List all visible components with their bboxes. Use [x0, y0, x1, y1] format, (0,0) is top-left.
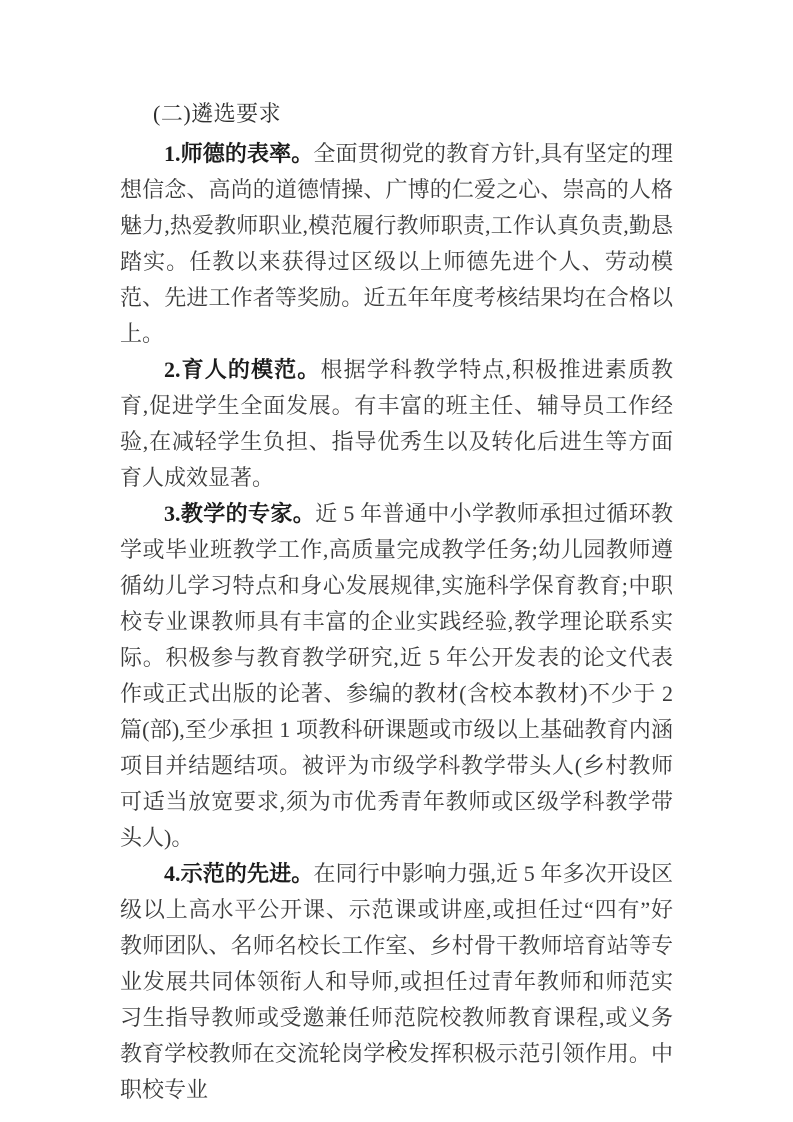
paragraph-4-body: 在同行中影响力强,近 5 年多次开设区级以上高水平公开课、示范课或讲座,或担任过… — [120, 861, 673, 1102]
paragraph-demonstration-advanced: 4.示范的先进。在同行中影响力强,近 5 年多次开设区级以上高水平公开课、示范课… — [120, 856, 673, 1108]
document-content: (二)遴选要求 1.师德的表率。全面贯彻党的教育方针,具有坚定的理想信念、高尚的… — [120, 96, 673, 1108]
paragraph-3-body: 近 5 年普通中小学教师承担过循环教学或毕业班教学工作,高质量完成教学任务;幼儿… — [120, 501, 673, 850]
section-heading: (二)遴选要求 — [120, 96, 673, 132]
paragraph-4-lead: 4.示范的先进。 — [164, 861, 313, 886]
paragraph-2-lead: 2.育人的模范。 — [164, 357, 320, 382]
paragraph-educating-model: 2.育人的模范。根据学科教学特点,积极推进素质教育,促进学生全面发展。有丰富的班… — [120, 352, 673, 496]
paragraph-teacher-ethics: 1.师德的表率。全面贯彻党的教育方针,具有坚定的理想信念、高尚的道德情操、广博的… — [120, 136, 673, 352]
paragraph-1-body: 全面贯彻党的教育方针,具有坚定的理想信念、高尚的道德情操、广博的仁爱之心、崇高的… — [120, 141, 673, 346]
page-number: 2 — [0, 1036, 793, 1056]
paragraph-1-lead: 1.师德的表率。 — [164, 141, 313, 166]
paragraph-3-lead: 3.教学的专家。 — [164, 501, 315, 526]
document-page: (二)遴选要求 1.师德的表率。全面贯彻党的教育方针,具有坚定的理想信念、高尚的… — [0, 0, 793, 1122]
paragraph-teaching-expert: 3.教学的专家。近 5 年普通中小学教师承担过循环教学或毕业班教学工作,高质量完… — [120, 496, 673, 856]
